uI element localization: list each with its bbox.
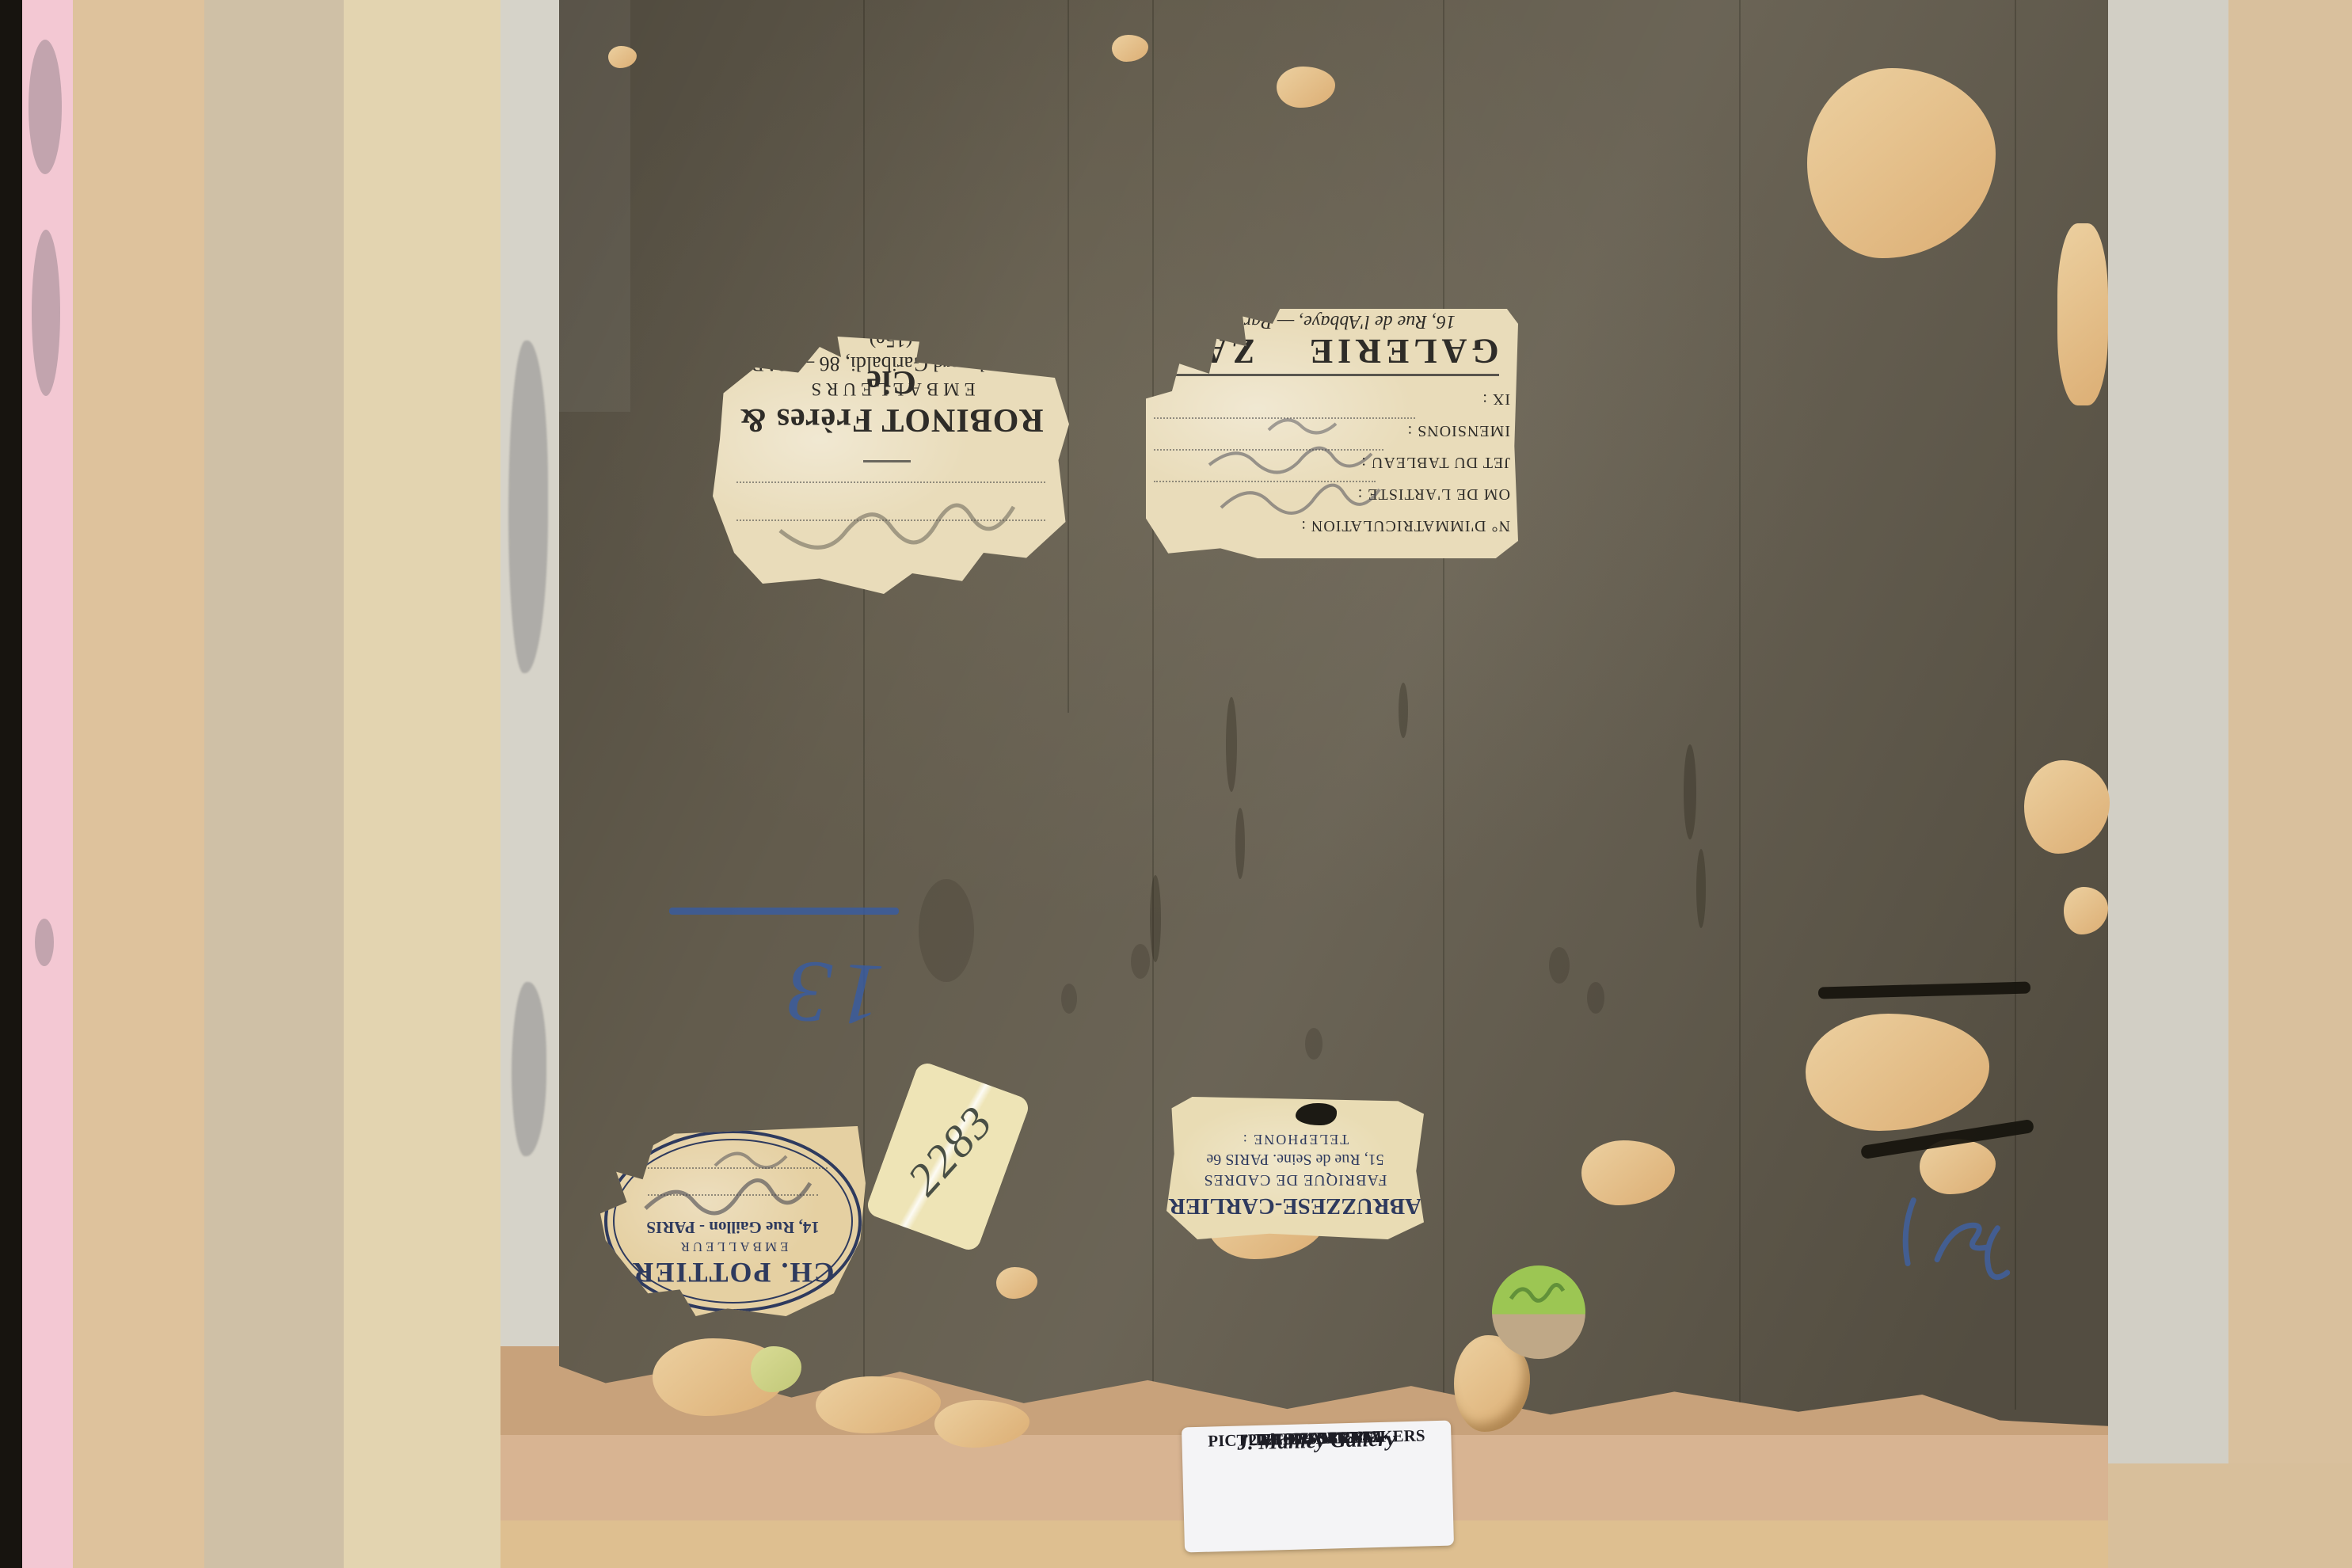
masking-tape-right — [2108, 0, 2228, 1463]
abruzzese-name: ABRUZZESE-CARLIER — [1166, 1193, 1424, 1219]
torn-paper-chip — [2057, 223, 2108, 405]
stain-spot — [919, 879, 974, 982]
zak-rule — [1165, 374, 1499, 376]
robinot-dash — [863, 460, 911, 462]
stain-drip — [1226, 697, 1237, 792]
pink-edge-smudge — [29, 40, 62, 174]
frame-edge-pink — [22, 0, 73, 1568]
stain-spot — [1549, 947, 1570, 984]
mount-corner-bottom-right — [2108, 1463, 2352, 1568]
blue-scribble — [1887, 1182, 2042, 1296]
label-robinot-content: ROBINOT Frères & Cie EMBALLEURS 86, Boul… — [713, 337, 1069, 594]
abruzzese-line4: TELEPHONE : — [1166, 1131, 1424, 1147]
pink-edge-smudge — [32, 230, 60, 396]
zak-field-prix: IX : — [1157, 390, 1510, 408]
board-seam — [1739, 0, 1741, 1410]
frame-edge-black — [0, 0, 24, 1568]
label-abruzzese-content: ABRUZZESE-CARLIER FABRIQUE DE CADRES 51,… — [1166, 1097, 1424, 1239]
stain-spot — [1061, 984, 1077, 1014]
tape-smudge — [508, 341, 548, 673]
label-abruzzese: ABRUZZESE-CARLIER FABRIQUE DE CADRES 51,… — [1166, 1097, 1424, 1239]
zak-field-immatriculation: N° D'IMMATRICULATION : — [1157, 516, 1510, 535]
handwriting-scribble — [768, 475, 1022, 562]
pottier-role: EMBALLEUR — [600, 1239, 866, 1254]
stain-spot — [1131, 944, 1150, 979]
handwriting-scribble — [636, 1144, 818, 1223]
robinot-role: EMBALLEURS — [713, 379, 1069, 399]
stain-spot — [1305, 1028, 1323, 1060]
blue-crayon-underline — [669, 908, 899, 915]
board-seam — [1152, 0, 1154, 1410]
tape-smudge — [512, 982, 546, 1156]
green-scribble — [1505, 1277, 1568, 1311]
board-seam — [1068, 0, 1069, 713]
sticker-number: 2283 — [891, 1088, 1010, 1212]
stain-drip — [1696, 849, 1706, 928]
stain-drip — [1235, 808, 1245, 879]
blue-crayon-number: 13 — [769, 922, 894, 1047]
mount-band-left-3 — [344, 0, 500, 1568]
masking-tape-left — [500, 0, 561, 1568]
photo-frame-back: ROBINOT Frères & Cie EMBALLEURS 86, Boul… — [0, 0, 2352, 1568]
mount-margin-right — [2228, 0, 2352, 1568]
stain-drip — [1399, 683, 1408, 738]
abruzzese-line3: 51, Rue de Seine. PARIS 6e — [1166, 1150, 1424, 1168]
label-robinot: ROBINOT Frères & Cie EMBALLEURS 86, Boul… — [713, 337, 1069, 594]
label-manley-gallery: J. Manley Gallery PICTURE FRAME MAKERS 2… — [1182, 1421, 1454, 1553]
mount-band-left-2 — [204, 0, 344, 1568]
handwriting-scribble — [1178, 414, 1383, 517]
stain-drip — [1684, 744, 1696, 839]
ink-blot — [1296, 1103, 1337, 1125]
abruzzese-line2: FABRIQUE DE CADRES — [1166, 1170, 1424, 1189]
mount-band-left-1 — [73, 0, 204, 1568]
board-seam — [1443, 0, 1444, 1410]
stain-drip — [1150, 875, 1161, 962]
pink-edge-smudge — [35, 919, 54, 966]
green-circle-sticker — [1492, 1265, 1585, 1359]
stain-spot — [1587, 982, 1604, 1014]
